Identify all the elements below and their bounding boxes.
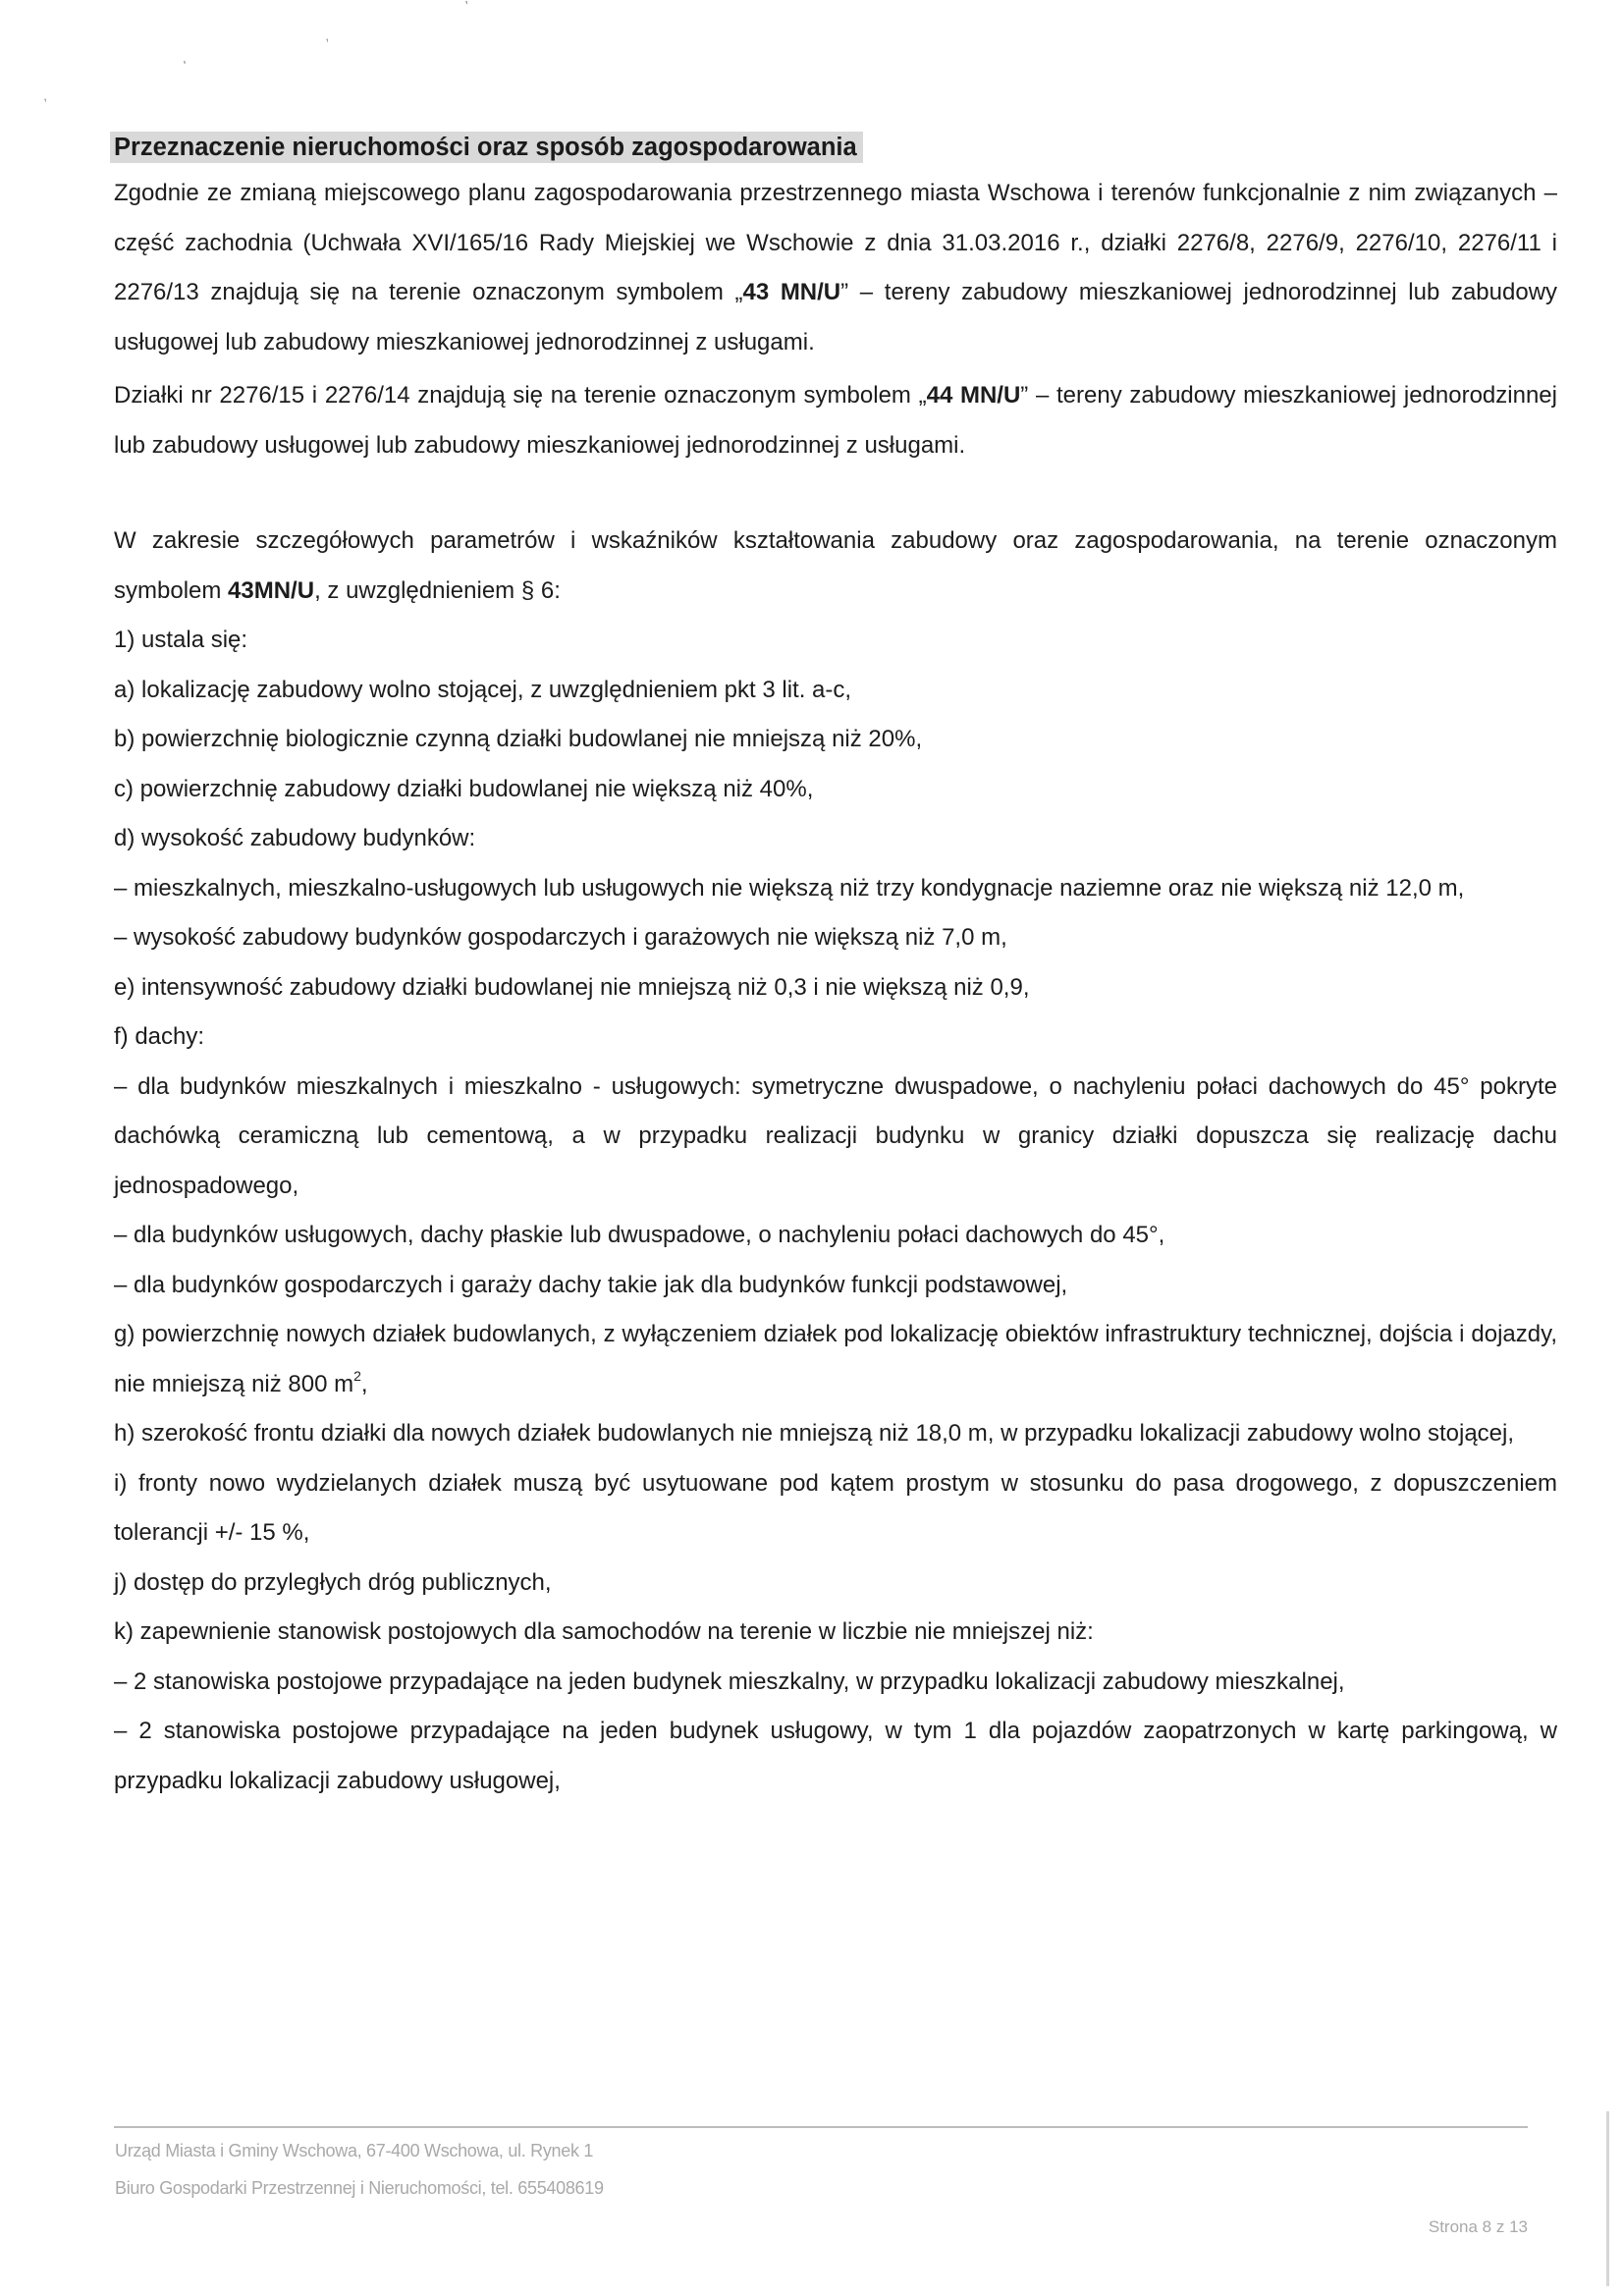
list-item: e) intensywność zabudowy działki budowla… bbox=[114, 963, 1557, 1013]
list-item: – 2 stanowiska postojowe przypadające na… bbox=[114, 1707, 1557, 1806]
page-number: Strona 8 z 13 bbox=[1429, 2217, 1528, 2237]
list-item: – dla budynków usługowych, dachy płaskie… bbox=[114, 1211, 1557, 1261]
second-text-1: Działki nr 2276/15 i 2276/14 znajdują si… bbox=[114, 382, 927, 409]
square-superscript: 2 bbox=[353, 1368, 361, 1384]
list-item: f) dachy: bbox=[114, 1012, 1557, 1063]
list-item: j) dostęp do przyległych dróg publicznyc… bbox=[114, 1558, 1557, 1609]
paragraph-scope: W zakresie szczegółowych parametrów i ws… bbox=[114, 517, 1557, 616]
list-item: – 2 stanowiska postojowe przypadające na… bbox=[114, 1658, 1557, 1708]
list-item: c) powierzchnię zabudowy działki budowla… bbox=[114, 765, 1557, 815]
list-item: – mieszkalnych, mieszkalno-usługowych lu… bbox=[114, 864, 1557, 914]
paragraph-second: Działki nr 2276/15 i 2276/14 znajdują si… bbox=[114, 371, 1557, 470]
symbol-44-mnu: 44 MN/U bbox=[927, 382, 1021, 409]
list-item: d) wysokość zabudowy budynków: bbox=[114, 814, 1557, 864]
document-body: Przeznaczenie nieruchomości oraz sposób … bbox=[114, 132, 1557, 1806]
list-item: k) zapewnienie stanowisk postojowych dla… bbox=[114, 1608, 1557, 1658]
list-item: i) fronty nowo wydzielanych działek musz… bbox=[114, 1459, 1557, 1558]
list-item: b) powierzchnię biologicznie czynną dzia… bbox=[114, 715, 1557, 765]
list-item-g: g) powierzchnię nowych działek budowlany… bbox=[114, 1310, 1557, 1409]
list-item: a) lokalizację zabudowy wolno stojącej, … bbox=[114, 666, 1557, 716]
item-g-text: g) powierzchnię nowych działek budowlany… bbox=[114, 1321, 1557, 1397]
symbol-43-mnu: 43 MN/U bbox=[742, 279, 840, 305]
list-item: – dla budynków mieszkalnych i mieszkalno… bbox=[114, 1063, 1557, 1212]
scan-edge-line bbox=[1606, 2111, 1609, 2286]
list-item: – wysokość zabudowy budynków gospodarczy… bbox=[114, 913, 1557, 963]
footer-address: Urząd Miasta i Gminy Wschowa, 67-400 Wsc… bbox=[115, 2141, 593, 2161]
symbol-43mnu: 43MN/U bbox=[228, 577, 314, 604]
list-item: – dla budynków gospodarczych i garaży da… bbox=[114, 1261, 1557, 1311]
list-item: h) szerokość frontu działki dla nowych d… bbox=[114, 1409, 1557, 1459]
paragraph-intro: Zgodnie ze zmianą miejscowego planu zago… bbox=[114, 169, 1557, 367]
section-heading: Przeznaczenie nieruchomości oraz sposób … bbox=[110, 132, 863, 163]
footer-office-contact: Biuro Gospodarki Przestrzennej i Nieruch… bbox=[115, 2178, 604, 2199]
scan-artifact-marks: ‚ ' ‚ ' bbox=[41, 0, 537, 103]
item-g-comma: , bbox=[361, 1371, 368, 1397]
list-item: 1) ustala się: bbox=[114, 616, 1557, 666]
footer-divider bbox=[114, 2126, 1528, 2128]
scope-text-2: , z uwzględnieniem § 6: bbox=[314, 577, 561, 604]
